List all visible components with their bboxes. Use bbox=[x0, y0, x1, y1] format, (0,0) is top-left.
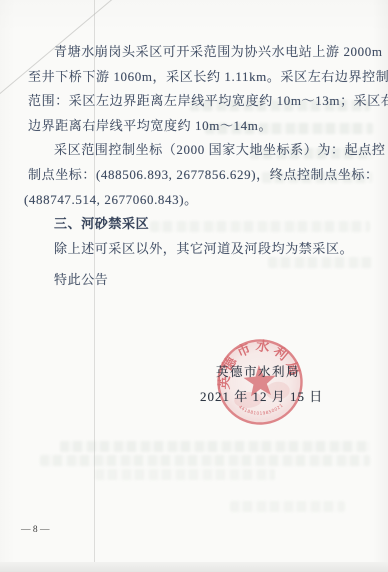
official-seal: 英德市水利局 441881019850021 bbox=[203, 325, 316, 438]
bleed-through-artifact bbox=[40, 455, 370, 466]
announcement-body: 青塘水崩岗头采区可开采范围为协兴水电站上游 2000m 至井下桥下游 1060m… bbox=[28, 40, 364, 293]
bleed-through-artifact bbox=[95, 469, 275, 480]
body-line: 青塘水崩岗头采区可开采范围为协兴水电站上游 2000m bbox=[28, 40, 364, 65]
body-line: 制点坐标：(488506.893, 2677856.629)，终点控制点坐标： bbox=[28, 163, 364, 188]
closing-line: 特此公告 bbox=[28, 268, 364, 293]
scanned-announcement-page: 青塘水崩岗头采区可开采范围为协兴水电站上游 2000m 至井下桥下游 1060m… bbox=[0, 0, 388, 572]
bleed-through-artifact bbox=[230, 501, 345, 512]
issuing-authority: 英德市水利局 bbox=[216, 362, 300, 380]
body-line: 除上述可采区以外，其它河道及河段均为禁采区。 bbox=[28, 237, 364, 262]
section-heading: 三、河砂禁采区 bbox=[28, 212, 364, 237]
issue-date: 2021 年 12 月 15 日 bbox=[200, 386, 323, 405]
page-bottom-edge-shadow bbox=[0, 562, 388, 572]
bleed-through-artifact bbox=[60, 441, 370, 452]
official-seal-graphic: 英德市水利局 441881019850021 bbox=[203, 325, 316, 438]
body-line: 范围：采区左边界距离左岸线平均宽度约 10m～13m；采区右 bbox=[28, 89, 364, 114]
body-line: 采区范围控制坐标（2000 国家大地坐标系）为：起点控 bbox=[28, 138, 364, 163]
body-line: 至井下桥下游 1060m，采区长约 1.11km。采区左右边界控制 bbox=[28, 65, 364, 90]
page-number: — 8 — bbox=[21, 525, 50, 535]
body-line: 边界距离右岸线平均宽度约 10m～14m。 bbox=[28, 114, 364, 139]
body-line: (488747.514, 2677060.843)。 bbox=[24, 188, 364, 213]
